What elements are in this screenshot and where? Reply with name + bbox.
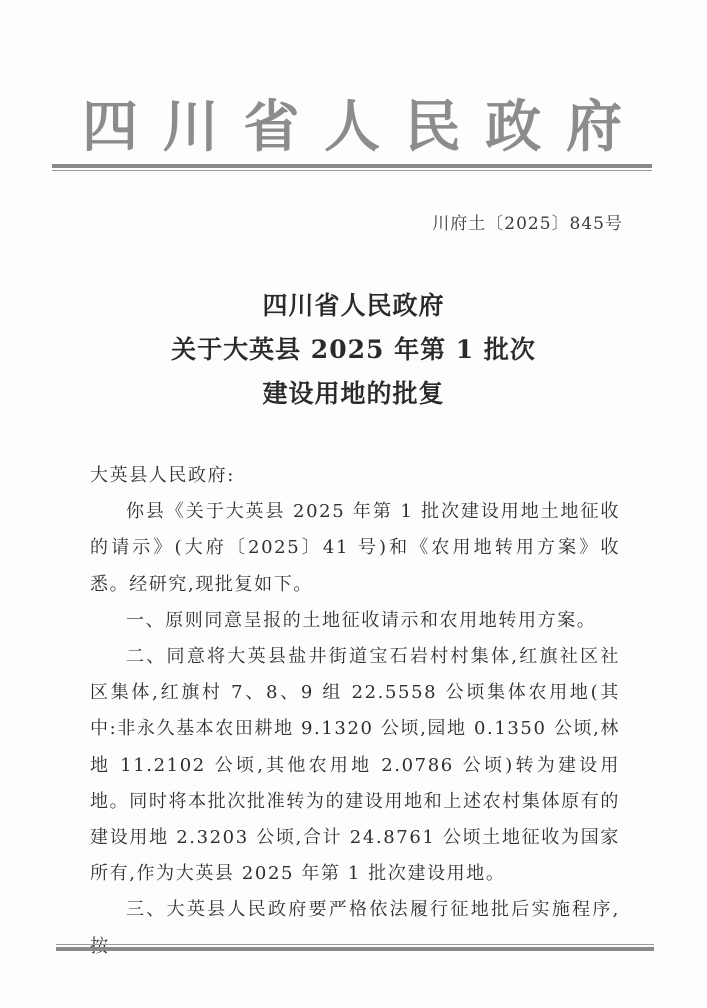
masthead-title: 四 川 省 人 民 政 府 <box>52 92 652 158</box>
paragraph-item-1: 一、原则同意呈报的土地征收请示和农用地转用方案。 <box>90 603 620 639</box>
document-page: 四 川 省 人 民 政 府 川府土〔2025〕845号 四川省人民政府 关于大英… <box>0 0 707 1008</box>
header-rule-thick <box>52 164 652 168</box>
document-number: 川府土〔2025〕845号 <box>432 212 623 236</box>
masthead-char: 府 <box>566 96 622 158</box>
document-body: 大英县人民政府: 你县《关于大英县 2025 年第 1 批次建设用地土地征收的请… <box>90 458 620 965</box>
document-title: 四川省人民政府 关于大英县 2025 年第 1 批次 建设用地的批复 <box>0 284 707 416</box>
masthead-char: 川 <box>163 96 219 158</box>
footer-rule-thin <box>56 944 654 945</box>
paragraph-intro: 你县《关于大英县 2025 年第 1 批次建设用地土地征收的请示》(大府〔202… <box>90 494 620 603</box>
paragraph-item-2: 二、同意将大英县盐井街道宝石岩村村集体,红旗社区社区集体,红旗村 7、8、9 组… <box>90 639 620 892</box>
paragraph-item-3: 三、大英县人民政府要严格依法履行征地批后实施程序,按 <box>90 892 620 964</box>
header-rule-thin <box>52 170 652 171</box>
masthead-char: 四 <box>82 96 138 158</box>
salutation: 大英县人民政府: <box>90 458 620 494</box>
masthead-char: 人 <box>324 96 380 158</box>
masthead-char: 省 <box>243 96 299 158</box>
footer-rule-thick <box>56 947 654 951</box>
title-line-2: 关于大英县 2025 年第 1 批次 <box>0 328 707 372</box>
masthead-char: 政 <box>485 96 541 158</box>
masthead-char: 民 <box>405 96 461 158</box>
title-line-3: 建设用地的批复 <box>0 372 707 416</box>
title-line-1: 四川省人民政府 <box>0 284 707 328</box>
